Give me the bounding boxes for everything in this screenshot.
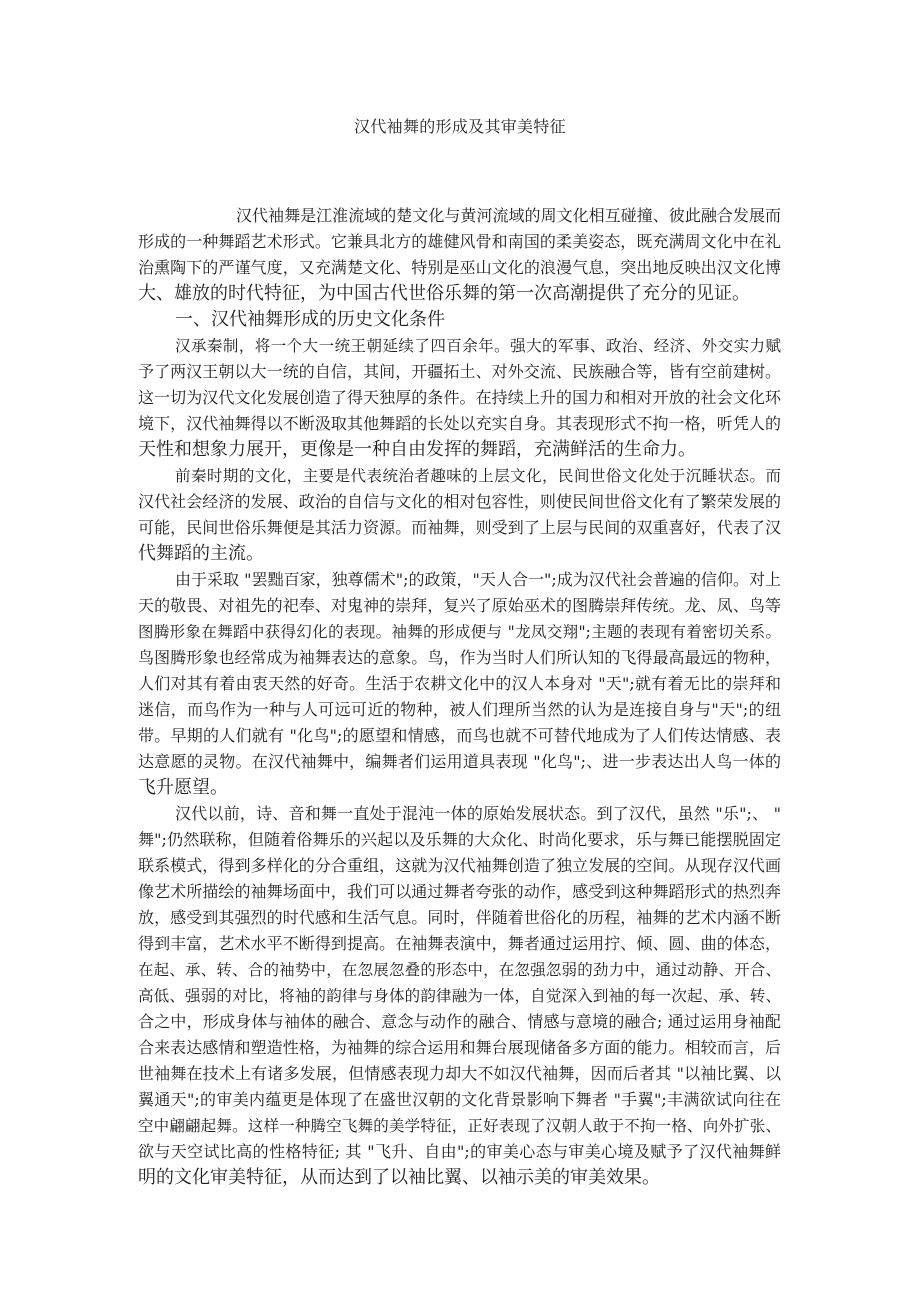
text-line: 汉代社会经济的发展、政治的自信与文化的相对包容性，则使民间世俗文化有了繁荣发展的	[138, 489, 781, 515]
text-line: 汉承秦制，将一个大一统王朝延续了四百余年。强大的军事、政治、经济、外交实力赋	[138, 333, 781, 359]
text-line: 予了两汉王朝以大一统的自信，其间，开疆拓土、对外交流、民族融合等，皆有空前建树。	[138, 359, 781, 385]
text-line: 图腾形象在舞蹈中获得幻化的表现。袖舞的形成便与 "龙凤交翔";主题的表现有着密切…	[138, 619, 781, 645]
text-line: 合之中，形成身体与袖体的融合、意念与动作的融合、情感与意境的融合; 通过运用身袖…	[138, 1009, 781, 1035]
text-line: 翼通天";的审美内蕴更是体现了在盛世汉朝的文化背景影响下舞者 "手翼";丰满欲试…	[138, 1087, 781, 1113]
text-line: 天性和想象力展开，更像是一种自由发挥的舞蹈，充满鲜活的生命力。	[138, 437, 781, 463]
text-line: 可能，民间世俗乐舞便是其活力资源。而袖舞，则受到了上层与民间的双重喜好，代表了汉	[138, 515, 781, 541]
text-line: 空中翩翩起舞。这样一种腾空飞舞的美学特征，正好表现了汉朝人敢于不拘一格、向外扩张…	[138, 1113, 781, 1139]
text-line: 明的文化审美特征，从而达到了以袖比翼、以袖示美的审美效果。	[138, 1165, 781, 1191]
body-paragraph: 由于采取 "罢黜百家，独尊儒术";的政策，"天人合一";成为汉代社会普遍的信仰。…	[138, 567, 781, 801]
text-line: 合来表达感情和塑造性格，为袖舞的综合运用和舞台展现储备多方面的能力。相较而言，后	[138, 1035, 781, 1061]
text-line: 由于采取 "罢黜百家，独尊儒术";的政策，"天人合一";成为汉代社会普遍的信仰。…	[138, 567, 781, 593]
text-line: 境下，汉代袖舞得以不断汲取其他舞蹈的长处以充实自身。其表现形式不拘一格，听凭人的	[138, 411, 781, 437]
document-page: 汉代袖舞的形成及其审美特征 汉代袖舞是江淮流域的楚文化与黄河流域的周文化相互碰撞…	[0, 0, 920, 1302]
text-line: 形成的一种舞蹈艺术形式。它兼具北方的雄健风骨和南国的柔美姿态，既充满周文化中在礼	[138, 229, 781, 255]
text-line: 欲与天空试比高的性格特征; 其 "飞升、自由";的审美心态与审美心境及赋予了汉代…	[138, 1139, 781, 1165]
text-line: 代舞蹈的主流。	[138, 541, 781, 567]
document-title: 汉代袖舞的形成及其审美特征	[0, 116, 920, 138]
text-line: 飞升愿望。	[138, 775, 781, 801]
text-line: 在起、承、转、合的袖势中，在忽展忽叠的形态中，在忽强忽弱的劲力中，通过动静、开合…	[138, 957, 781, 983]
text-line: 人们对其有着由衷天然的好奇。生活于农耕文化中的汉人本身对 "天";就有着无比的崇…	[138, 671, 781, 697]
section-heading-text: 一、汉代袖舞形成的历史文化条件	[138, 307, 781, 333]
text-line: 带。早期的人们就有 "化鸟";的愿望和情感，而鸟也就不可替代地成为了人们传达情感…	[138, 723, 781, 749]
text-line: 鸟图腾形象也经常成为袖舞表达的意象。鸟，作为当时人们所认知的飞得最高最远的物种，	[138, 645, 781, 671]
text-line: 天的敬畏、对祖先的祀奉、对鬼神的崇拜，复兴了原始巫术的图腾崇拜传统。龙、凤、鸟等	[138, 593, 781, 619]
text-line: 联系模式，得到多样化的分合重组，这就为汉代袖舞创造了独立发展的空间。从现存汉代画	[138, 853, 781, 879]
section-heading: 一、汉代袖舞形成的历史文化条件	[138, 307, 781, 333]
text-line: 像艺术所描绘的袖舞场面中，我们可以通过舞者夸张的动作，感受到这种舞蹈形式的热烈奔	[138, 879, 781, 905]
text-line: 放，感受到其强烈的时代感和生活气息。同时，伴随着世俗化的历程，袖舞的艺术内涵不断	[138, 905, 781, 931]
text-line: 高低、强弱的对比，将袖的韵律与身体的韵律融为一体，自觉深入到袖的每一次起、承、转…	[138, 983, 781, 1009]
intro-paragraph: 汉代袖舞是江淮流域的楚文化与黄河流域的周文化相互碰撞、彼此融合发展而 形成的一种…	[138, 203, 781, 307]
body-paragraph: 汉承秦制，将一个大一统王朝延续了四百余年。强大的军事、政治、经济、外交实力赋 予…	[138, 333, 781, 463]
text-line: 大、雄放的时代特征，为中国古代世俗乐舞的第一次高潮提供了充分的见证。	[138, 281, 781, 307]
body-paragraph: 汉代以前，诗、音和舞一直处于混沌一体的原始发展状态。到了汉代，虽然 "乐";、 …	[138, 801, 781, 1191]
text-line: 这一切为汉代文化发展创造了得天独厚的条件。在持续上升的国力和相对开放的社会文化环	[138, 385, 781, 411]
text-line: 迷信，而鸟作为一种与人可远可近的物种，被人们理所当然的认为是连接自身与"天";的…	[138, 697, 781, 723]
text-line: 世袖舞在技术上有诸多发展，但情感表现力却大不如汉代袖舞，因而后者其 "以袖比翼、…	[138, 1061, 781, 1087]
body-paragraph: 前秦时期的文化，主要是代表统治者趣味的上层文化，民间世俗文化处于沉睡状态。而 汉…	[138, 463, 781, 567]
text-line: 得到丰富，艺术水平不断得到提高。在袖舞表演中，舞者通过运用拧、倾、圆、曲的体态，	[138, 931, 781, 957]
text-line: 前秦时期的文化，主要是代表统治者趣味的上层文化，民间世俗文化处于沉睡状态。而	[138, 463, 781, 489]
text-line: 汉代以前，诗、音和舞一直处于混沌一体的原始发展状态。到了汉代，虽然 "乐";、 …	[138, 801, 781, 827]
text-line: 达意愿的灵物。在汉代袖舞中，编舞者们运用道具表现 "化鸟";、进一步表达出人鸟一…	[138, 749, 781, 775]
text-line: 治熏陶下的严谨气度，又充满楚文化、特别是巫山文化的浪漫气息，突出地反映出汉文化博	[138, 255, 781, 281]
text-line: 舞";仍然联称，但随着俗舞乐的兴起以及乐舞的大众化、时尚化要求，乐与舞已能摆脱固…	[138, 827, 781, 853]
document-body: 汉代袖舞是江淮流域的楚文化与黄河流域的周文化相互碰撞、彼此融合发展而 形成的一种…	[138, 203, 781, 1191]
text-line: 汉代袖舞是江淮流域的楚文化与黄河流域的周文化相互碰撞、彼此融合发展而	[138, 203, 781, 229]
